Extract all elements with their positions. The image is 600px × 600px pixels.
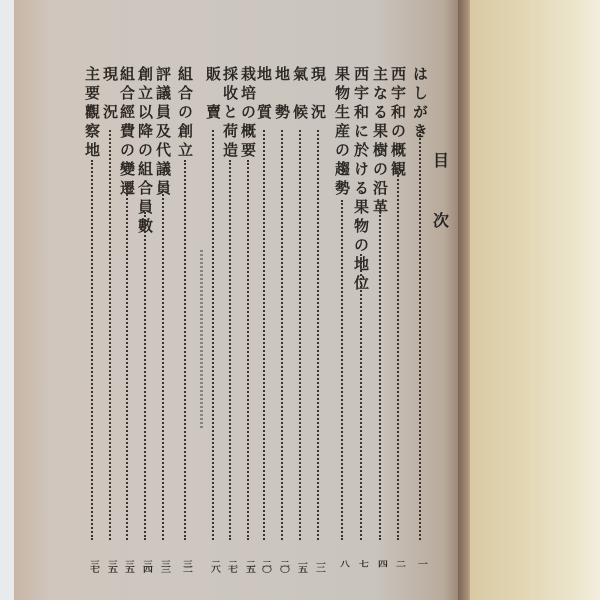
toc-entry-label: 地 質	[256, 66, 271, 123]
dot-leader	[360, 254, 362, 540]
toc-entry-label: 西宇和の概観	[390, 66, 405, 180]
toc-entry-page: 三四	[140, 560, 154, 572]
background-edge	[0, 0, 14, 600]
toc-entry-label: 現 況	[102, 66, 117, 123]
dot-leader	[317, 130, 319, 540]
toc-entry-page: 三三	[158, 560, 172, 572]
toc-entry-page: 二七	[225, 560, 239, 572]
toc-title-char-1: 目	[433, 148, 449, 171]
toc-entry-page: 三二	[180, 560, 194, 572]
toc-entry-page: 七	[356, 560, 370, 566]
toc-entry-page: 三五	[122, 560, 136, 572]
toc-entry-label: 組合經費の變遷	[119, 66, 134, 199]
toc-entry-label: 果物生産の趨勢	[334, 66, 349, 199]
dot-leader	[212, 130, 214, 540]
dot-leader	[162, 185, 164, 540]
dot-leader	[229, 160, 231, 540]
toc-entry-page: 四	[375, 560, 389, 566]
toc-entry-page: 二〇	[259, 560, 273, 572]
toc-entry-page: 二五	[243, 560, 257, 572]
dot-leader	[109, 130, 111, 540]
toc-entry-label: 氣 候	[292, 66, 307, 123]
dot-leader	[263, 130, 265, 540]
dot-leader	[91, 160, 93, 540]
toc-entry-page: 八	[337, 560, 351, 566]
toc-entry-page: 二〇	[277, 560, 291, 572]
dot-leader	[144, 212, 146, 540]
toc-entry-page: 二八	[208, 560, 222, 572]
dot-leader	[397, 172, 399, 540]
dot-leader	[184, 160, 186, 540]
dot-leader	[379, 208, 381, 540]
dot-leader	[126, 185, 128, 540]
toc-entry-label: 販 賣	[205, 66, 220, 123]
toc-entry-page: 三七	[87, 560, 101, 572]
toc-entry-label: 主要觀察地	[84, 66, 99, 161]
toc-title-char-2: 次	[433, 208, 449, 231]
dot-leader	[419, 130, 421, 540]
toc-entry-page: 一	[415, 560, 429, 566]
toc-entry-label: 評議員及代議員	[155, 66, 170, 199]
toc-entry-label: 現 況	[310, 66, 325, 123]
dot-leader	[247, 160, 249, 540]
dot-leader	[281, 130, 283, 540]
section-divider	[200, 250, 203, 430]
toc-entry-page: 一五	[295, 560, 309, 572]
toc-entry-label: 採收と荷造	[222, 66, 237, 161]
dot-leader	[299, 130, 301, 540]
toc-entry-label: 組合の創立	[177, 66, 192, 161]
toc-entry-label: 栽培の概要	[240, 66, 255, 161]
toc-entry-page: 二	[393, 560, 407, 566]
toc-entry-label: 地 勢	[274, 66, 289, 123]
facing-page	[470, 0, 600, 600]
dot-leader	[341, 200, 343, 540]
toc-entry-page: 三五	[105, 560, 119, 572]
toc-entry-page: 一二	[313, 560, 327, 572]
toc-entry-label: 主なる果樹の沿革	[372, 66, 387, 218]
